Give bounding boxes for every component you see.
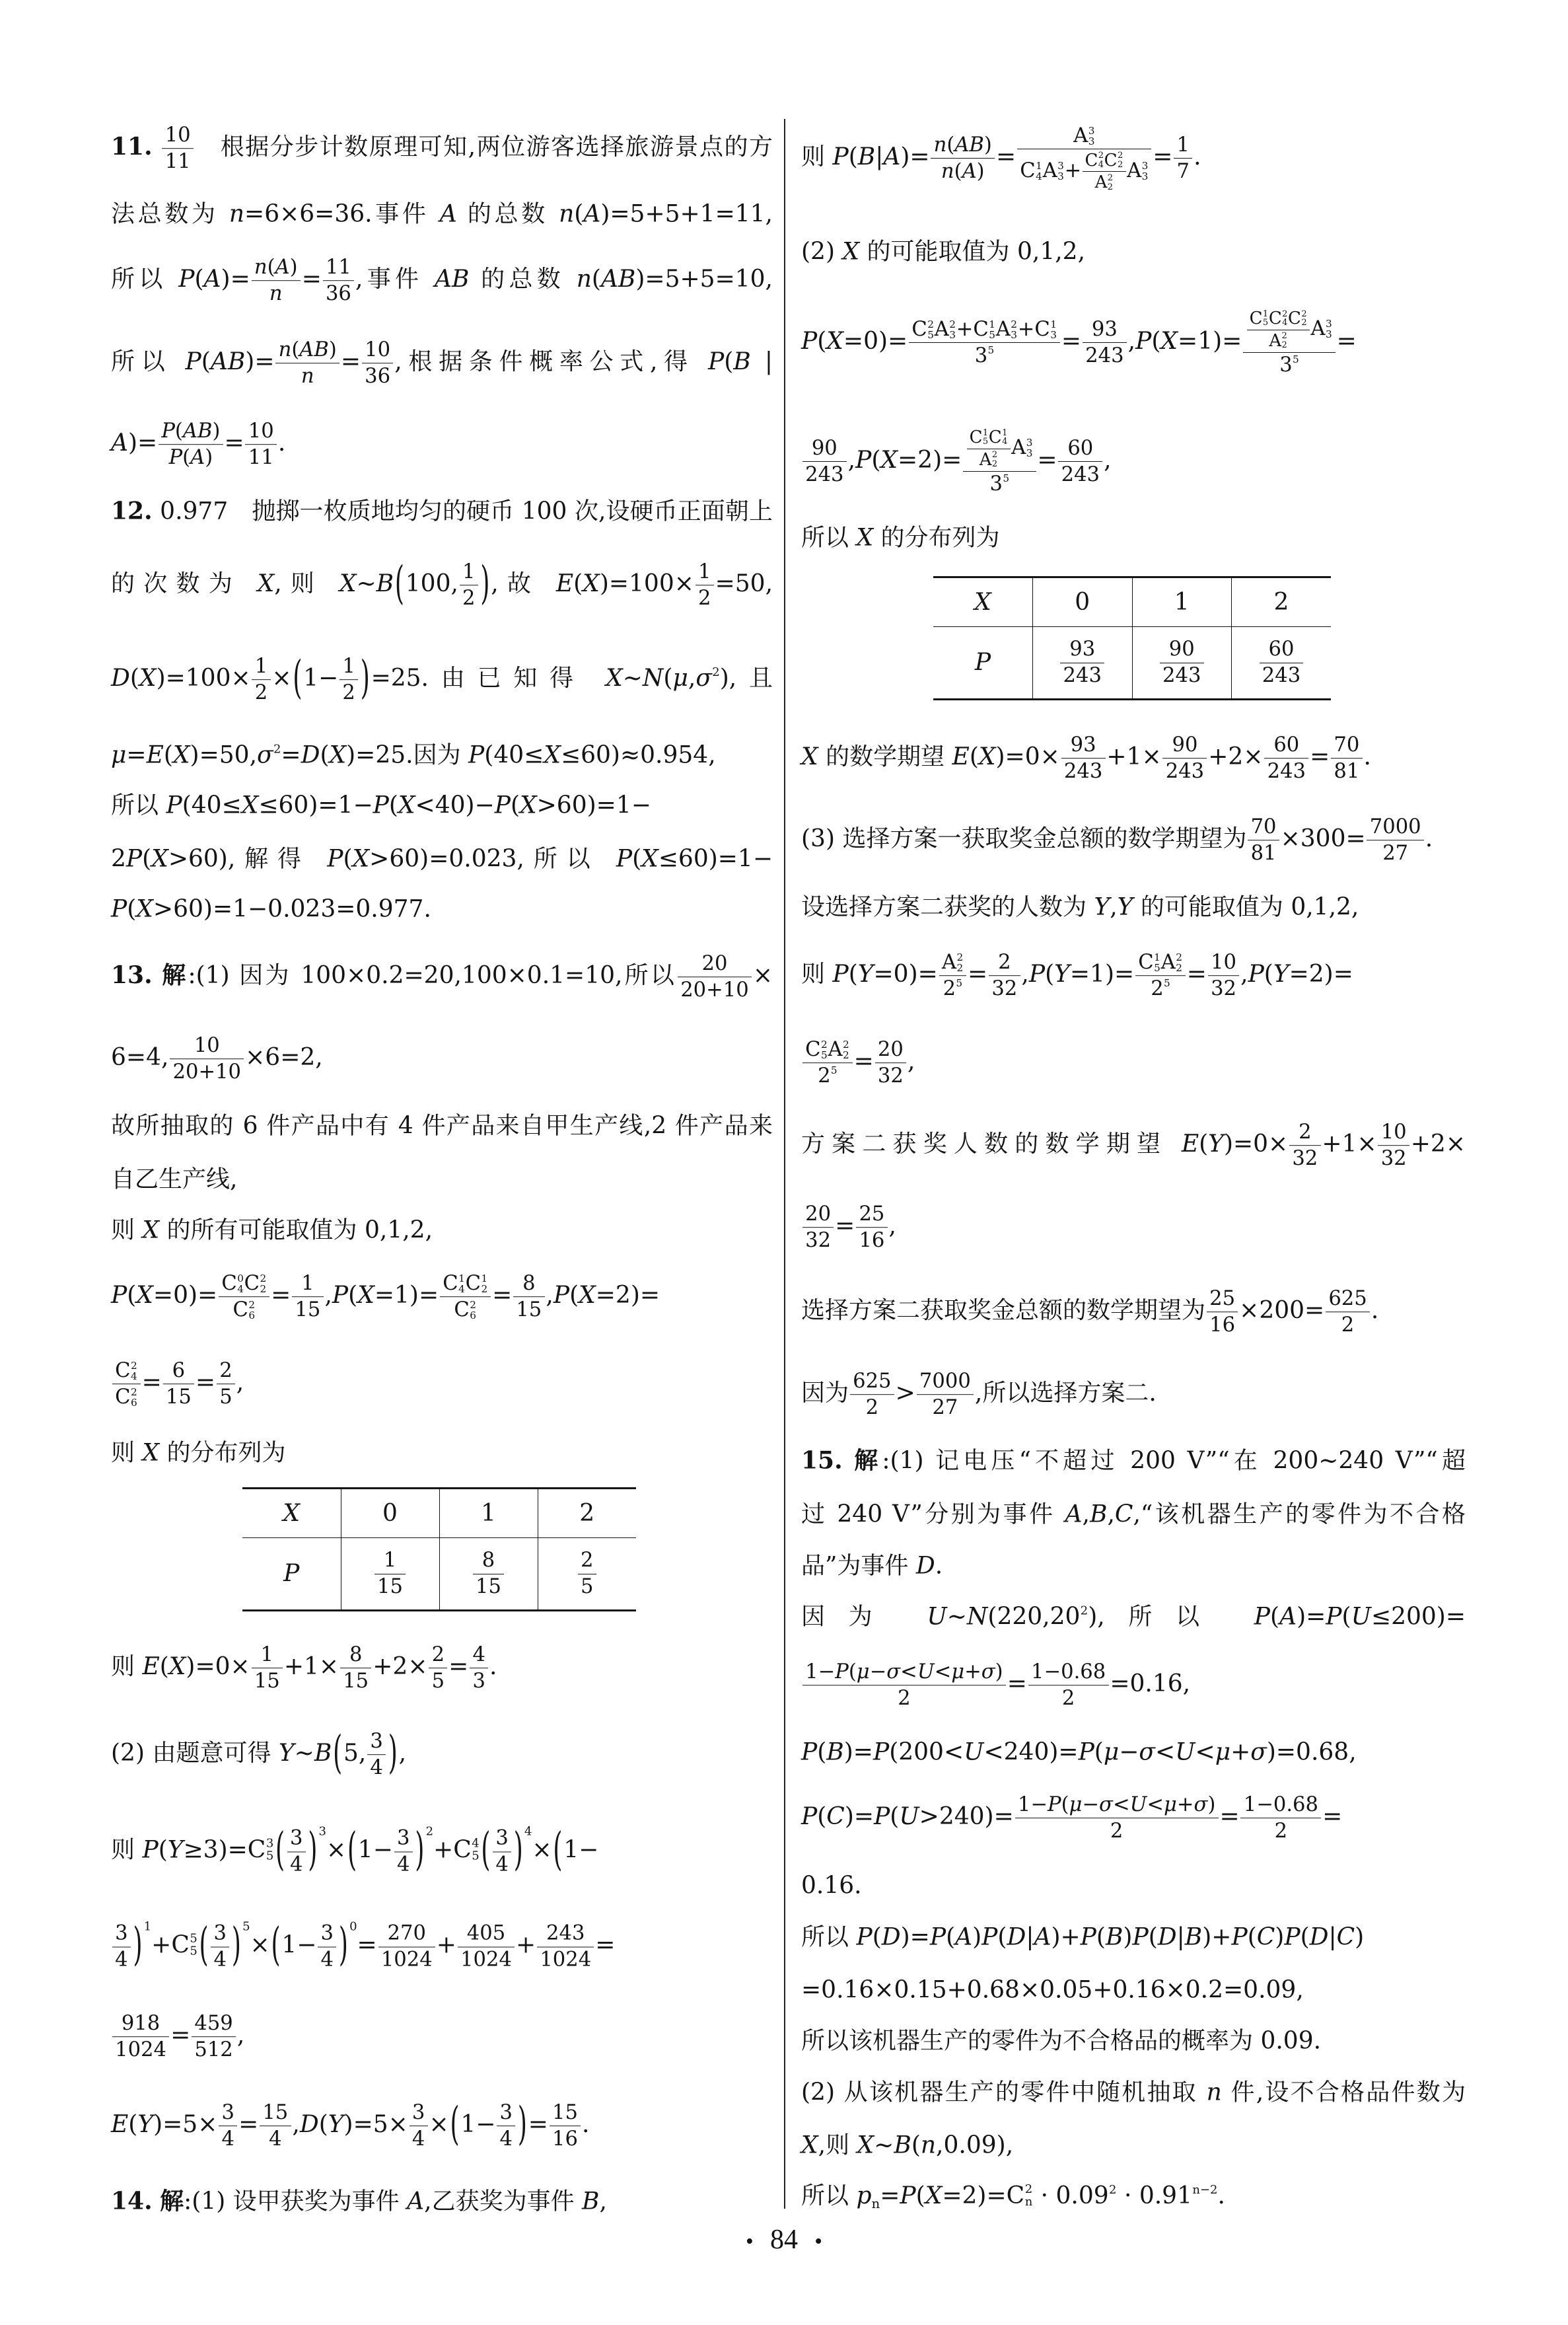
math-text: =: [1037, 447, 1057, 474]
math-text: <: [1147, 1793, 1164, 1816]
math-text: (: [997, 1924, 1007, 1951]
math-variable: A: [1065, 1501, 1083, 1528]
symbol-subscript: 2: [1282, 341, 1287, 350]
page-number: •84•: [0, 2224, 1568, 2256]
math-text: )=0.68,: [1267, 1739, 1357, 1766]
math-text: )=: [901, 1924, 930, 1951]
math-text: (: [817, 328, 826, 355]
math-variable: U: [1130, 1793, 1147, 1816]
math-text: (: [1149, 1924, 1158, 1951]
math-text: )=0×: [996, 743, 1060, 770]
math-text: 2: [943, 977, 956, 1000]
combinatorics-symbol: C25: [805, 1038, 828, 1062]
math-text: +: [1065, 159, 1082, 182]
combinatorics-symbol: C13: [1034, 318, 1057, 342]
math-variable: Y: [1094, 894, 1110, 921]
math-text: .: [1363, 743, 1371, 770]
symbol-superscript: 2: [1282, 310, 1287, 319]
denominator: 81: [1331, 759, 1363, 784]
math-text: >240)=: [919, 1803, 1014, 1830]
math-text: (: [1248, 1924, 1257, 1951]
symbol-subscript: 2: [1176, 963, 1182, 973]
symbol-subscript: 4: [1002, 437, 1007, 447]
symbol-base: C: [1007, 2181, 1025, 2211]
symbol-superscript: 3: [1026, 437, 1033, 448]
numerator: A22: [939, 951, 967, 976]
bullet-icon: •: [814, 2229, 822, 2254]
denominator: 243: [1060, 663, 1104, 688]
math-text: ): [995, 1660, 1003, 1683]
math-variable: U: [964, 1739, 983, 1766]
symbol-superscript: 2: [1025, 2184, 1033, 2196]
math-text: )=: [900, 143, 929, 170]
table-cell: 90243: [1132, 627, 1232, 700]
symbol-base: C: [989, 427, 1002, 448]
fraction: C25A2225: [802, 1038, 853, 1088]
numerator: 1: [1174, 133, 1192, 159]
question-number: 15.: [801, 1447, 843, 1475]
symbol-base: C: [1138, 951, 1153, 975]
textbook-answer-page: 11. 1011 根据分步计数原理可知,两位游客选择旅游景点的方 法总数为 n=…: [0, 0, 1568, 2325]
math-text: .: [1425, 825, 1433, 852]
math-text: =2)=: [942, 2182, 1006, 2209]
math-text: =: [1061, 328, 1081, 355]
fraction: 232: [1289, 1121, 1321, 1171]
symbol-base: C: [1288, 309, 1301, 329]
numerator: 60: [1264, 733, 1308, 758]
symbol-subscript: 2: [956, 963, 963, 973]
combinatorics-symbol: A33: [1073, 124, 1095, 148]
math-variable: U: [1175, 1739, 1195, 1766]
denominator: 32: [802, 1228, 834, 1253]
numerator: 1−P(μ−σ<U<μ+σ): [1015, 1793, 1219, 1818]
superscript: 5: [956, 977, 962, 989]
fraction: 93243: [1083, 318, 1127, 368]
symbol-subscript: 5: [1263, 318, 1268, 328]
math-text: 2: [1110, 1820, 1123, 1843]
math-text: +1×: [1106, 743, 1161, 770]
math-text: (220,20: [987, 1604, 1080, 1631]
math-variable: B: [1185, 1924, 1202, 1951]
fraction: 2032: [802, 1202, 834, 1253]
math-text: :(1) 记电压“不超过 200 V”“在 200~240 V”“超: [882, 1448, 1466, 1475]
math-text: ,: [1240, 961, 1248, 988]
script-stack: 23: [1011, 319, 1017, 340]
fraction: 1−0.682: [1028, 1660, 1109, 1711]
math-text: (: [916, 2182, 925, 2209]
math-text: 因为: [801, 1380, 849, 1407]
fraction: 6252: [850, 1370, 894, 1420]
denominator: C14A33+C24C22A22A33: [1017, 149, 1151, 193]
superscript: n−2: [1192, 2183, 1217, 2197]
fraction: A33C14A33+C24C22A22A33: [1017, 124, 1151, 193]
math-text: ~: [874, 2132, 894, 2159]
fraction: 90243: [1160, 638, 1204, 688]
math-text: ,: [1021, 961, 1028, 988]
math-variable: P: [1079, 1739, 1094, 1766]
math-text: =1)=: [1070, 961, 1134, 988]
math-variable: E: [1182, 1130, 1199, 1158]
symbol-superscript: 2: [1301, 310, 1306, 319]
math-variable: p: [856, 2182, 871, 2209]
symbol-superscript: 1: [1154, 952, 1160, 963]
math-variable: X: [925, 2182, 943, 2209]
math-text: =0.16×0.15+0.68×0.05+0.16×0.2=0.09,: [801, 1977, 1304, 2004]
math-variable: Y: [858, 961, 874, 988]
math-variable: A: [883, 143, 900, 170]
math-text: ,: [1083, 1501, 1090, 1528]
fraction: 232: [989, 951, 1020, 1001]
numerator: 7000: [917, 1370, 974, 1395]
fraction: 1−0.682: [1240, 1793, 1321, 1843]
script-stack: 2n: [1025, 2184, 1033, 2209]
denominator: 32: [989, 977, 1020, 1001]
math-text: =: [835, 1212, 855, 1239]
denominator: 16: [1207, 1313, 1238, 1337]
superscript: 2: [1081, 1604, 1088, 1617]
fraction: 90243: [802, 437, 847, 487]
answer-line: (3) 选择方案一获取奖金总额的数学期望为7081×300=700027.: [801, 815, 1433, 866]
denominator: 243: [1162, 759, 1207, 784]
denominator: 243: [802, 462, 847, 487]
page-number-value: 84: [770, 2225, 798, 2255]
denominator: A22: [1247, 330, 1310, 351]
fraction: C15C14A22A3335: [963, 427, 1036, 496]
math-text: ,: [1128, 328, 1135, 355]
script-stack: 22: [1108, 174, 1113, 192]
answer-line: 则 P(B|A)=n(AB)n(A)=A33C14A33+C24C22A22A3…: [801, 124, 1201, 193]
answer-line: 所以 pn=P(X=2)=C2n · 0.092 · 0.91n−2.: [801, 2181, 1225, 2213]
denominator: 2: [802, 1686, 1006, 1711]
numerator: C24C22: [1083, 151, 1126, 172]
symbol-subscript: 2: [843, 1050, 849, 1060]
math-variable: A: [1034, 1924, 1051, 1951]
symbol-subscript: 3: [1011, 330, 1017, 340]
answer-line: 因为 U~N(220,202),所以 P(A)=P(U≤200)=: [801, 1602, 1466, 1632]
math-variable: Y: [1054, 961, 1070, 988]
math-text: 品”为事件: [801, 1553, 916, 1580]
math-variable: P: [1248, 961, 1264, 988]
denominator: 81: [1248, 841, 1279, 866]
math-text: .: [1218, 2182, 1225, 2209]
combinatorics-symbol: C14: [989, 427, 1008, 448]
math-text: ): [1123, 1924, 1132, 1951]
symbol-subscript: 3: [949, 330, 956, 340]
symbol-base: A: [935, 318, 949, 342]
denominator: 25: [802, 1064, 853, 1088]
script-stack: 33: [1142, 161, 1149, 182]
math-variable: Y: [1208, 1130, 1224, 1158]
math-text: 2: [1151, 977, 1163, 1000]
math-text: 则: [801, 143, 832, 170]
symbol-superscript: 1: [989, 319, 995, 330]
math-variable: C: [1115, 1501, 1133, 1528]
symbol-base: C: [1104, 151, 1118, 171]
fraction: 90243: [1162, 733, 1207, 784]
fraction: 93243: [1060, 638, 1104, 688]
math-variable: P: [801, 328, 817, 355]
symbol-superscript: 1: [1002, 429, 1007, 438]
math-text: ): [1207, 1793, 1215, 1816]
math-variable: P: [856, 1924, 872, 1951]
math-variable: μ: [951, 1660, 964, 1683]
combinatorics-symbol: A33: [1043, 159, 1065, 183]
math-text: 的分布列为: [873, 525, 999, 552]
table-header-row: X 0 1 2: [933, 577, 1331, 627]
combinatorics-symbol: C22: [1288, 309, 1307, 329]
answer-line: 所以 P(D)=P(A)P(D|A)+P(B)P(D|B)+P(C)P(D|C): [801, 1923, 1364, 1952]
math-variable: P: [1326, 1604, 1341, 1631]
table-row: P 93243 90243 60243: [933, 627, 1331, 700]
math-variable: C: [826, 1803, 845, 1830]
script-stack: 15: [983, 429, 988, 447]
math-variable: P: [1048, 1793, 1061, 1816]
superscript: 5: [1003, 472, 1009, 484]
symbol-subscript: 4: [1098, 161, 1104, 170]
math-text: <: [1155, 1739, 1175, 1766]
numerator: C15A22: [1135, 951, 1186, 976]
math-variable: n: [1207, 2079, 1222, 2106]
math-text: +: [1230, 1739, 1250, 1766]
numerator: 1−0.68: [1240, 1793, 1321, 1818]
answer-line: 设选择方案二获奖的人数为 Y,Y 的可能取值为 0,1,2,: [801, 893, 1359, 922]
script-stack: 22: [956, 952, 963, 973]
denominator: 35: [1243, 353, 1336, 377]
math-text: 3: [1279, 353, 1292, 377]
denominator: 32: [1289, 1146, 1321, 1171]
symbol-subscript: 3: [1026, 448, 1033, 459]
math-text: (: [1342, 1604, 1351, 1631]
symbol-superscript: 1: [1050, 319, 1057, 330]
math-variable: A: [1279, 1604, 1297, 1631]
math-text: <: [935, 1660, 952, 1683]
superscript: 2: [1109, 2183, 1116, 2197]
math-text: ,: [848, 447, 855, 474]
fraction: 1−P(μ−σ<U<μ+σ)2: [1015, 1793, 1219, 1843]
denominator: 32: [1378, 1146, 1409, 1171]
numerator: C25A23+C15A23+C13: [909, 318, 1060, 343]
numerator: 2: [989, 951, 1020, 976]
symbol-superscript: 2: [992, 451, 997, 460]
symbol-superscript: 3: [1142, 161, 1149, 171]
answer-line: C25A2225=2032,: [801, 1038, 915, 1088]
numerator: 90: [1160, 638, 1204, 663]
script-stack: 33: [1326, 318, 1332, 340]
symbol-superscript: 2: [1176, 952, 1182, 963]
symbol-base: A: [1095, 172, 1108, 193]
math-variable: Y: [1273, 961, 1289, 988]
math-variable: X: [842, 239, 859, 266]
symbol-base: A: [1161, 951, 1176, 975]
math-text: |: [1177, 1924, 1185, 1951]
numerator: 20: [802, 1202, 834, 1228]
math-text: [843, 1448, 855, 1475]
math-variable: P: [1254, 1604, 1270, 1631]
math-variable: P: [874, 1803, 890, 1830]
math-text: (200<: [889, 1739, 964, 1766]
combinatorics-symbol: C22: [1104, 151, 1123, 171]
symbol-subscript: 4: [1036, 171, 1042, 182]
answer-line: 品”为事件 D.: [801, 1551, 943, 1581]
denominator: 2: [1326, 1313, 1370, 1337]
math-variable: B: [1090, 1501, 1107, 1528]
script-stack: 22: [992, 451, 997, 468]
fraction: C24C22A22: [1083, 151, 1126, 193]
answer-line: 过 240 V”分别为事件 A,B,C,“该机器生产的零件为不合格: [801, 1500, 1466, 1530]
numerator: 20: [875, 1038, 907, 1063]
symbol-superscript: 2: [821, 1039, 828, 1050]
numerator: 60: [1260, 638, 1304, 663]
math-text: ,所以选择方案二.: [975, 1380, 1157, 1407]
math-variable: B: [826, 1739, 843, 1766]
script-stack: 22: [1301, 310, 1306, 328]
math-variable: D: [882, 1924, 901, 1951]
math-variable: P: [801, 1803, 817, 1830]
math-text: (: [1096, 1924, 1106, 1951]
math-text: =0)=: [874, 961, 938, 988]
symbol-superscript: 3: [1057, 161, 1064, 171]
table-cell: 0: [1033, 577, 1133, 627]
math-text: 所以: [801, 2182, 856, 2209]
symbol-superscript: 2: [1108, 174, 1113, 183]
symbol-base: C: [1020, 159, 1035, 183]
math-text: (: [946, 1924, 955, 1951]
answer-line: 因为6252>700027,所以选择方案二.: [801, 1370, 1157, 1420]
math-text: +2×: [1411, 1130, 1466, 1158]
combinatorics-symbol: A22: [942, 951, 964, 975]
math-text: (: [1094, 1739, 1104, 1766]
numerator: 60: [1058, 437, 1102, 462]
right-column: 则 P(B|A)=n(AB)n(A)=A33C14A33+C24C22A22A3…: [0, 0, 1568, 2325]
denominator: 32: [1208, 977, 1240, 1001]
math-variable: B: [1106, 1924, 1123, 1951]
math-variable: D: [916, 1553, 935, 1580]
math-text: 的数学期望: [818, 743, 952, 770]
math-variable: P: [930, 1924, 946, 1951]
symbol-subscript: 5: [927, 330, 934, 340]
fraction: 1032: [1208, 951, 1240, 1001]
numerator: 1−0.68: [1028, 1660, 1109, 1685]
symbol-superscript: 1: [1036, 161, 1042, 171]
script-stack: 14: [1036, 161, 1042, 182]
symbol-superscript: 3: [1088, 126, 1095, 136]
math-text: 2: [1274, 589, 1289, 616]
math-variable: X: [801, 743, 818, 770]
fraction: 6252: [1326, 1287, 1370, 1337]
symbol-superscript: 1: [1263, 310, 1268, 319]
denominator: 243: [1260, 663, 1304, 688]
math-text: 设选择方案二获奖的人数为: [801, 894, 1094, 921]
denominator: 35: [963, 472, 1036, 496]
denominator: 27: [917, 1395, 974, 1420]
math-variable: σ: [1099, 1793, 1113, 1816]
math-variable: U: [1351, 1604, 1371, 1631]
combinatorics-symbol: A22: [980, 450, 998, 470]
symbol-base: A: [980, 450, 992, 470]
math-text: ≤200)=: [1371, 1604, 1466, 1631]
math-variable: σ: [886, 1660, 900, 1683]
math-text: 所以: [801, 525, 856, 552]
math-text: =: [996, 143, 1016, 170]
symbol-base: C: [911, 318, 927, 342]
math-text: (: [1264, 961, 1273, 988]
script-stack: 15: [1263, 310, 1268, 328]
numerator: A33: [1017, 124, 1151, 149]
math-variable: B: [894, 2132, 911, 2159]
math-variable: P: [1231, 1924, 1247, 1951]
math-text: (: [817, 1803, 826, 1830]
math-variable: X: [857, 2132, 874, 2159]
symbol-base: C: [805, 1038, 820, 1062]
answer-line: 则 P(Y=0)=A2225=232,P(Y=1)=C15A2225=1032,…: [801, 951, 1353, 1001]
fraction: 60243: [1264, 733, 1308, 784]
math-text: (: [1301, 1924, 1310, 1951]
numerator: C15C24C22: [1247, 309, 1310, 330]
fraction: C15A2225: [1135, 951, 1186, 1001]
symbol-base: A: [1011, 436, 1026, 460]
math-text: |: [1328, 1924, 1336, 1951]
symbol-subscript: 5: [983, 437, 988, 447]
combinatorics-symbol: C14: [1020, 159, 1042, 183]
combinatorics-symbol: C15: [1138, 951, 1160, 975]
symbol-superscript: 2: [1011, 319, 1017, 330]
fraction: n(AB)n(A): [931, 133, 995, 184]
table-cell: 1: [1132, 577, 1232, 627]
math-text: 2: [898, 1687, 910, 1710]
numerator: C15C14A22A33: [963, 427, 1036, 472]
math-text: (2): [801, 239, 842, 266]
symbol-subscript: 3: [1326, 329, 1332, 340]
superscript: 5: [1293, 353, 1299, 365]
math-variable: U: [927, 1604, 946, 1631]
math-text: +: [1018, 318, 1035, 341]
fraction: 93243: [1061, 733, 1106, 784]
denominator: 243: [1061, 759, 1106, 784]
numerator: 90: [802, 437, 847, 462]
math-text: +: [1177, 1793, 1194, 1816]
math-variable: U: [917, 1660, 935, 1683]
math-text: 方案二获奖人数的数学期望: [801, 1130, 1182, 1158]
symbol-superscript: 2: [1282, 332, 1287, 341]
denominator: 25: [939, 977, 967, 1001]
answer-line: 1−P(μ−σ<U<μ+σ)2=1−0.682=0.16,: [801, 1660, 1190, 1711]
math-text: ): [972, 1924, 981, 1951]
symbol-base: A: [1269, 331, 1281, 351]
math-text: (3) 选择方案一获取奖金总额的数学期望为: [801, 825, 1246, 852]
math-text: 2: [818, 1064, 830, 1088]
math-text: ): [984, 133, 992, 157]
combinatorics-symbol: A33: [1127, 159, 1149, 183]
script-stack: 24: [1098, 151, 1104, 169]
fraction: 2032: [875, 1038, 907, 1088]
denominator: 27: [1367, 841, 1423, 866]
fraction: 60243: [1260, 638, 1304, 688]
math-text: 所以该机器生产的零件为不合格品的概率为 0.09.: [801, 2028, 1321, 2055]
symbol-superscript: 1: [983, 429, 988, 438]
math-text: +2×: [1208, 743, 1263, 770]
numerator: 1−P(μ−σ<U<μ+σ): [802, 1660, 1006, 1685]
math-text: 3: [990, 472, 1003, 496]
answer-line: 选择方案二获取奖金总额的数学期望为2516×200=6252.: [801, 1287, 1378, 1337]
math-text: =1)=: [1178, 328, 1242, 355]
math-text: 的可能取值为 0,1,2,: [859, 239, 1085, 266]
combinatorics-symbol: A22: [828, 1038, 849, 1062]
combinatorics-symbol: A33: [1011, 436, 1033, 460]
combinatorics-symbol: A23: [935, 318, 956, 342]
bullet-icon: •: [746, 2229, 754, 2254]
math-text: <: [1195, 1739, 1215, 1766]
combinatorics-symbol: C25: [911, 318, 934, 342]
